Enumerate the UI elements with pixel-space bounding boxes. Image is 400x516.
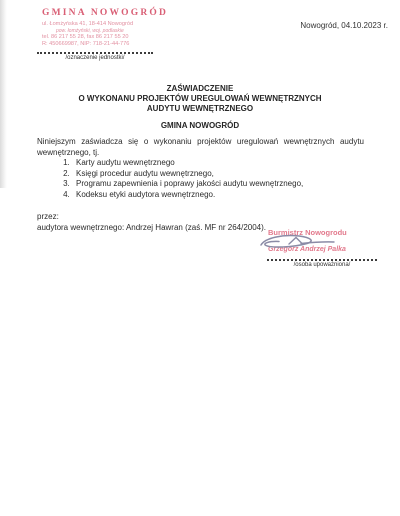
by-label: przez: — [37, 212, 364, 223]
unit-caption: /oznaczenie jednostki/ — [37, 55, 153, 61]
signature-block: Burmistrz Nowogrodu Grzegorz Andrzej Pal… — [255, 228, 385, 268]
audit-documents-list: Karty audytu wewnętrznego Księgi procedu… — [37, 158, 364, 200]
document-page: GMINA NOWOGRÓD ul. Łomżyńska 41, 18-414 … — [0, 0, 400, 516]
list-item: Kodeksu etyki audytora wewnętrznego. — [72, 190, 364, 201]
unit-dotted-rule — [37, 52, 153, 54]
letterhead-stamp: GMINA NOWOGRÓD ul. Łomżyńska 41, 18-414 … — [42, 8, 192, 48]
list-item: Programu zapewnienia i poprawy jakości a… — [72, 179, 364, 190]
document-title: ZAŚWIADCZENIE O WYKONANU PROJEKTÓW UREGU… — [0, 84, 400, 131]
title-line-3: AUDYTU WEWNĘTRZNEGO — [0, 104, 400, 114]
document-body: Niniejszym zaświadcza się o wykonaniu pr… — [37, 137, 364, 233]
title-line-1: ZAŚWIADCZENIE — [0, 84, 400, 94]
date-line: Nowogród, 04.10.2023 r. — [300, 21, 388, 30]
title-line-2: O WYKONANU PROJEKTÓW UREGULOWAŃ WEWNĘTRZ… — [0, 94, 400, 104]
letterhead-ids: R: 450669987, NIP: 718-21-44-776 — [42, 41, 192, 48]
signature-caption: /osoba upoważniona/ — [267, 262, 377, 268]
list-item: Karty audytu wewnętrznego — [72, 158, 364, 169]
letterhead-address: ul. Łomżyńska 41, 18-414 Nowogród — [42, 21, 192, 28]
body-intro: Niniejszym zaświadcza się o wykonaniu pr… — [37, 137, 364, 158]
list-item: Księgi procedur audytu wewnętrznego, — [72, 169, 364, 180]
letterhead-municipality-name: GMINA NOWOGRÓD — [42, 8, 192, 20]
handwritten-signature — [255, 229, 339, 256]
signature-dotted-rule — [267, 259, 377, 261]
letterhead-phone: tel. 86 217 55 28, fax 86 217 55 20 — [42, 34, 192, 41]
title-subject: GMINA NOWOGRÓD — [0, 121, 400, 131]
unit-designation: /oznaczenie jednostki/ — [37, 52, 153, 61]
